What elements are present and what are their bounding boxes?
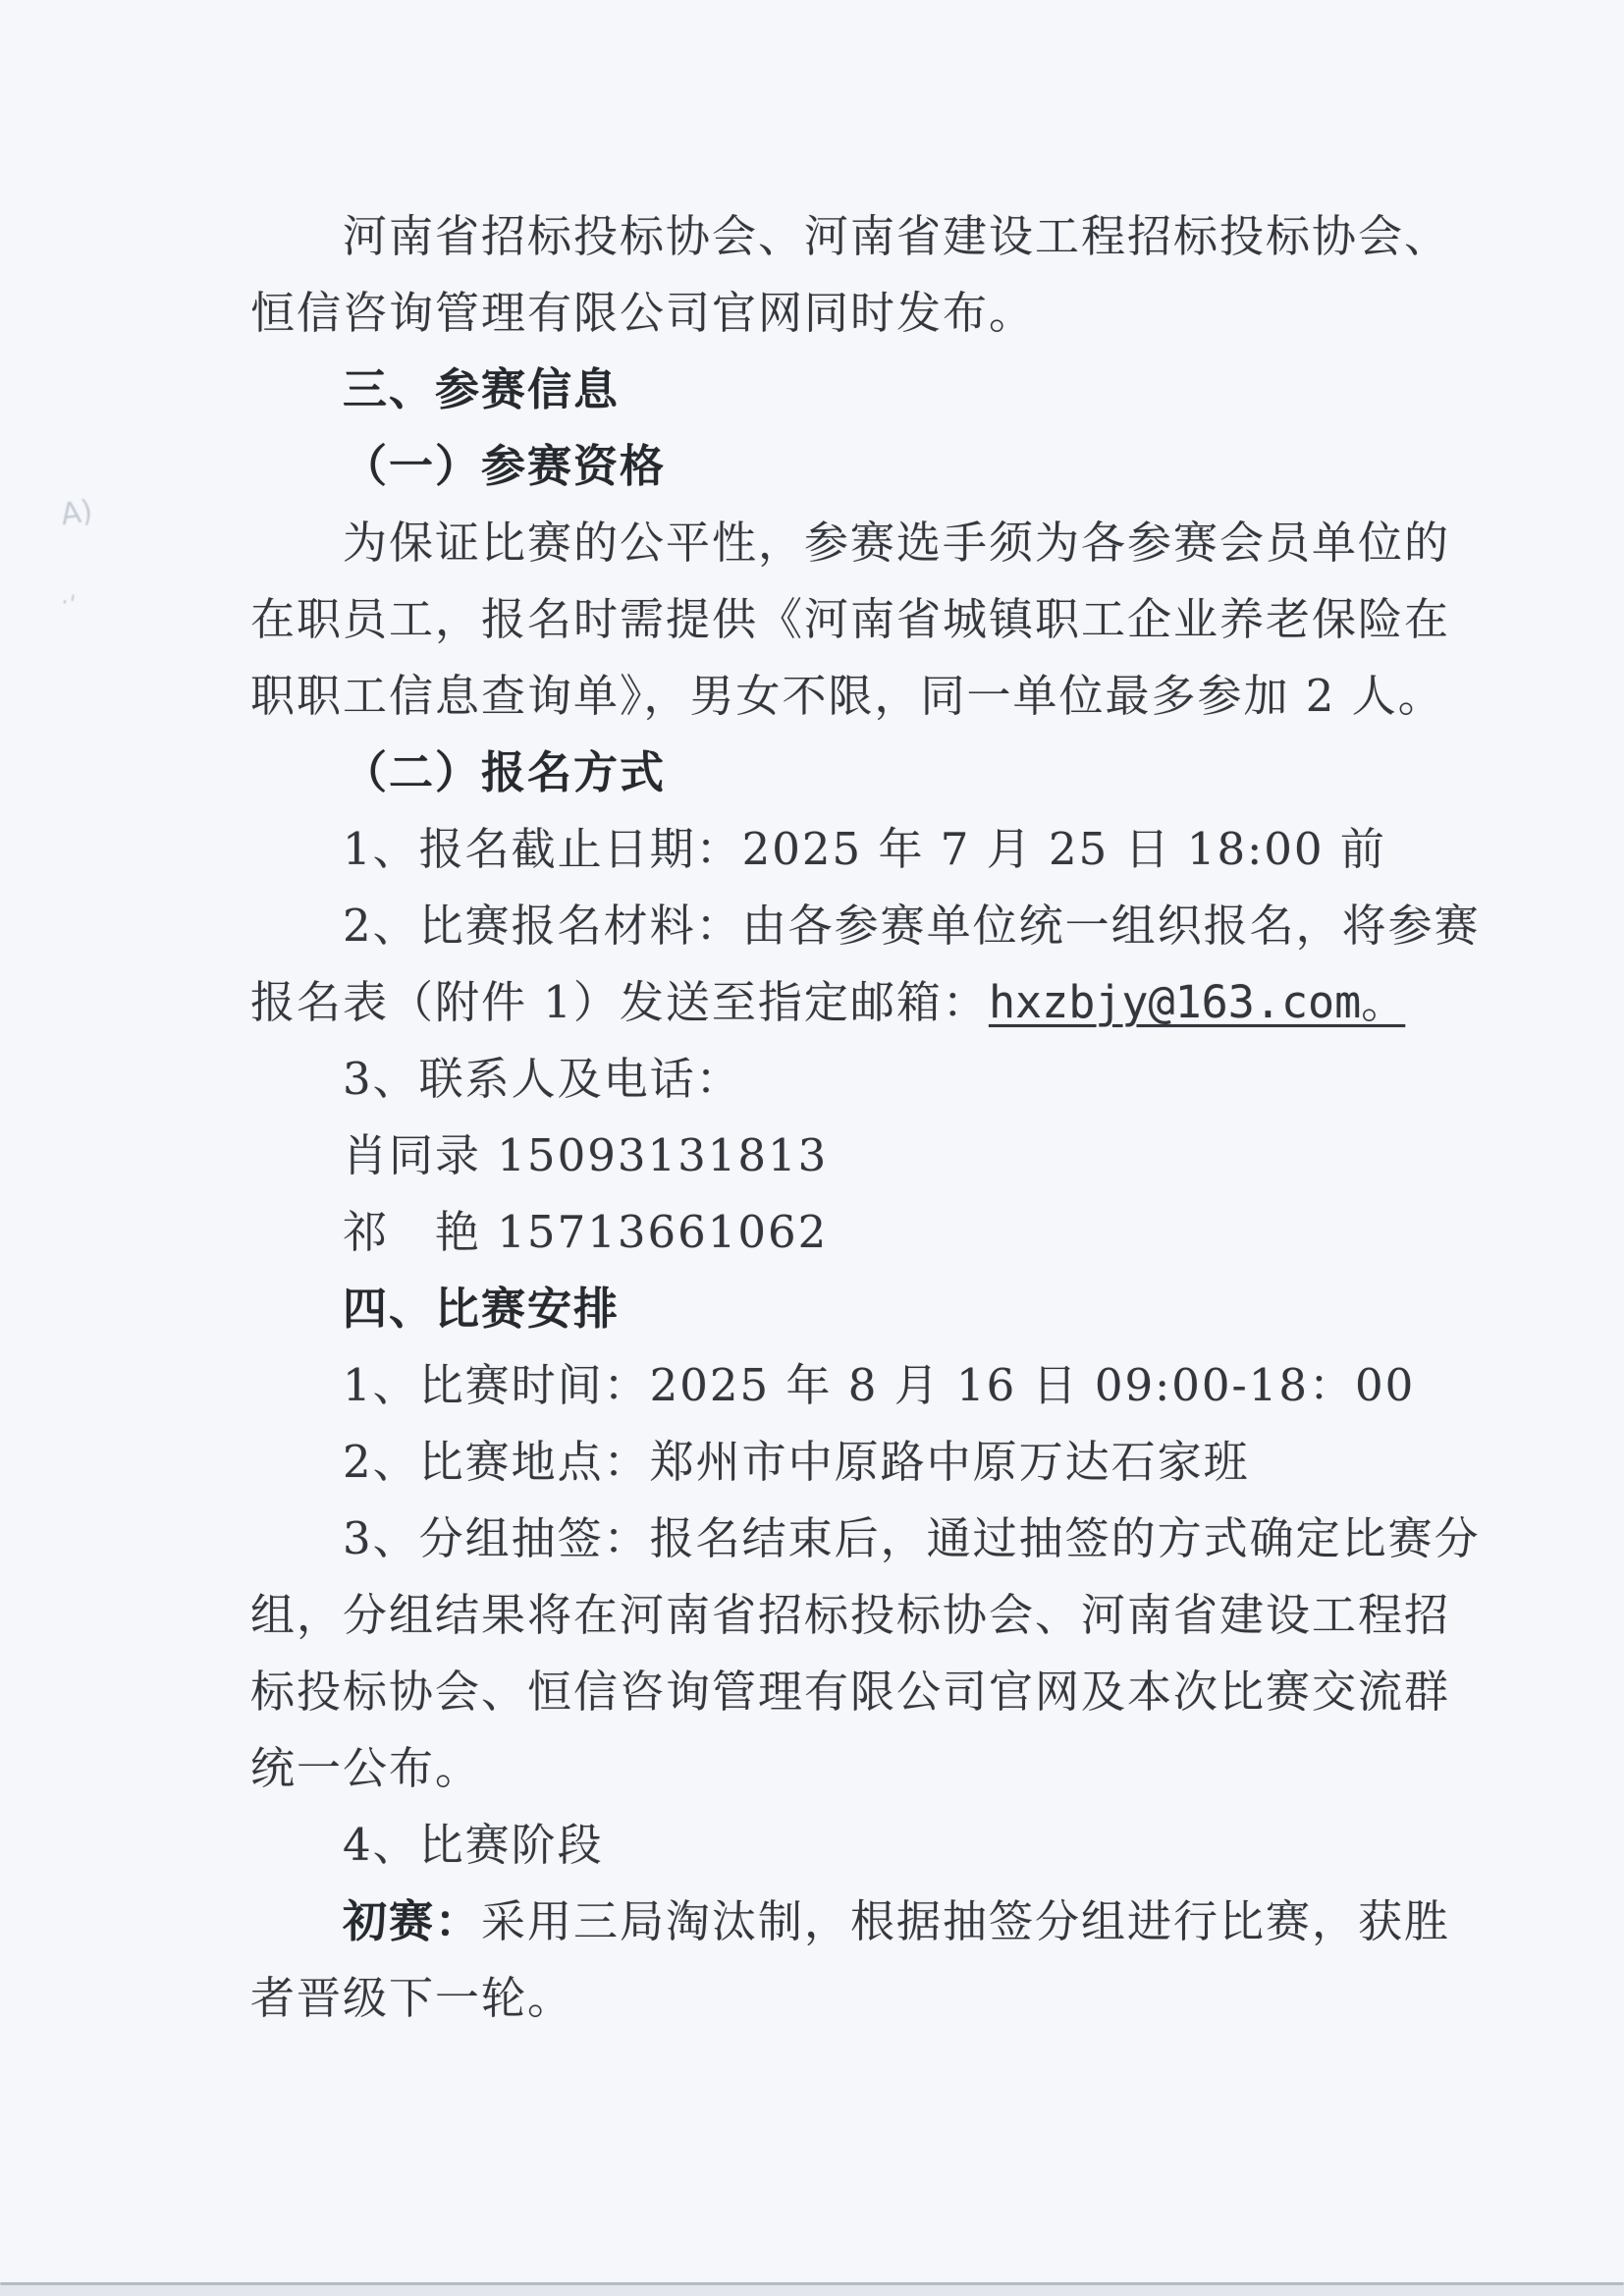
text-segment: 2、比赛地点：郑州市中原路中原万达石家班 [343,1436,1250,1488]
text-line: 1、报名截止日期：2025 年 7 月 25 日 18:00 前 [250,811,1527,888]
text-line: 恒信咨询管理有限公司官网同时发布。 [250,275,1527,352]
text-segment: （二）报名方式 [343,746,666,798]
scan-artifact: ·' [58,588,78,618]
text-line: 4、比赛阶段 [250,1807,1527,1884]
text-line: 组，分组结果将在河南省招标投标协会、河南省建设工程招 [250,1577,1527,1654]
text-segment: 四、比赛安排 [343,1283,620,1335]
text-segment: 恒信咨询管理有限公司官网同时发布。 [250,287,1035,339]
text-line: 3、联系人及电话： [250,1041,1527,1118]
text-segment: 三、参赛信息 [343,363,620,415]
document-page: 河南省招标投标协会、河南省建设工程招标投标协会、恒信咨询管理有限公司官网同时发布… [0,0,1624,2296]
email-text: hxzbjy@163.com。 [989,976,1405,1028]
text-line: 3、分组抽签：报名结束后，通过抽签的方式确定比赛分 [250,1501,1527,1577]
text-line: 河南省招标投标协会、河南省建设工程招标投标协会、 [250,198,1527,275]
text-line: 祁 艳 15713661062 [250,1194,1527,1271]
text-segment: （一）参赛资格 [343,440,666,492]
text-line: 为保证比赛的公平性，参赛选手须为各参赛会员单位的 [250,505,1527,581]
text-segment: 3、联系人及电话： [343,1053,742,1105]
text-segment: 河南省招标投标协会、河南省建设工程招标投标协会、 [343,210,1450,262]
text-segment: 者晋级下一轮。 [250,1972,573,2024]
text-segment: 统一公布。 [250,1742,481,1794]
text-line: 三、参赛信息 [250,352,1527,428]
text-segment: 4、比赛阶段 [343,1819,604,1871]
text-line: 职职工信息查询单》，男女不限，同一单位最多参加 2 人。 [250,658,1527,735]
text-line: （二）报名方式 [250,735,1527,811]
text-segment: 报名表（附件 1）发送至指定邮箱： [250,976,989,1028]
text-line: （一）参赛资格 [250,428,1527,505]
text-line: 报名表（附件 1）发送至指定邮箱：hxzbjy@163.com。 [250,964,1527,1041]
text-segment: 1、报名截止日期：2025 年 7 月 25 日 18:00 前 [343,823,1386,875]
document-body: 河南省招标投标协会、河南省建设工程招标投标协会、恒信咨询管理有限公司官网同时发布… [250,198,1527,2037]
text-line: 在职员工，报名时需提供《河南省城镇职工企业养老保险在 [250,581,1527,658]
scan-artifact: A) [59,494,95,532]
text-line: 者晋级下一轮。 [250,1960,1527,2037]
text-segment: 1、比赛时间：2025 年 8 月 16 日 09:00-18：00 [343,1359,1415,1411]
text-line: 初赛：采用三局淘汰制，根据抽签分组进行比赛，获胜 [250,1884,1527,1960]
text-segment: 组，分组结果将在河南省招标投标协会、河南省建设工程招 [250,1589,1450,1641]
page-bottom-shadow [0,2285,1624,2296]
text-segment: 标投标协会、恒信咨询管理有限公司官网及本次比赛交流群 [250,1666,1450,1718]
text-segment: 为保证比赛的公平性，参赛选手须为各参赛会员单位的 [343,517,1450,569]
text-segment: 初赛： [343,1895,481,1947]
text-segment: 2、比赛报名材料：由各参赛单位统一组织报名，将参赛 [343,900,1481,952]
text-segment: 职职工信息查询单》，男女不限，同一单位最多参加 2 人。 [250,670,1444,722]
text-line: 2、比赛地点：郑州市中原路中原万达石家班 [250,1424,1527,1501]
text-segment: 在职员工，报名时需提供《河南省城镇职工企业养老保险在 [250,593,1450,645]
text-line: 标投标协会、恒信咨询管理有限公司官网及本次比赛交流群 [250,1654,1527,1730]
text-line: 肖同录 15093131813 [250,1118,1527,1194]
text-segment: 祁 艳 15713661062 [343,1206,828,1258]
text-segment: 采用三局淘汰制，根据抽签分组进行比赛，获胜 [481,1895,1450,1947]
text-line: 2、比赛报名材料：由各参赛单位统一组织报名，将参赛 [250,888,1527,964]
text-segment: 肖同录 15093131813 [343,1129,828,1181]
text-segment: 3、分组抽签：报名结束后，通过抽签的方式确定比赛分 [343,1512,1481,1564]
text-line: 四、比赛安排 [250,1271,1527,1347]
text-line: 统一公布。 [250,1730,1527,1807]
text-line: 1、比赛时间：2025 年 8 月 16 日 09:00-18：00 [250,1347,1527,1424]
